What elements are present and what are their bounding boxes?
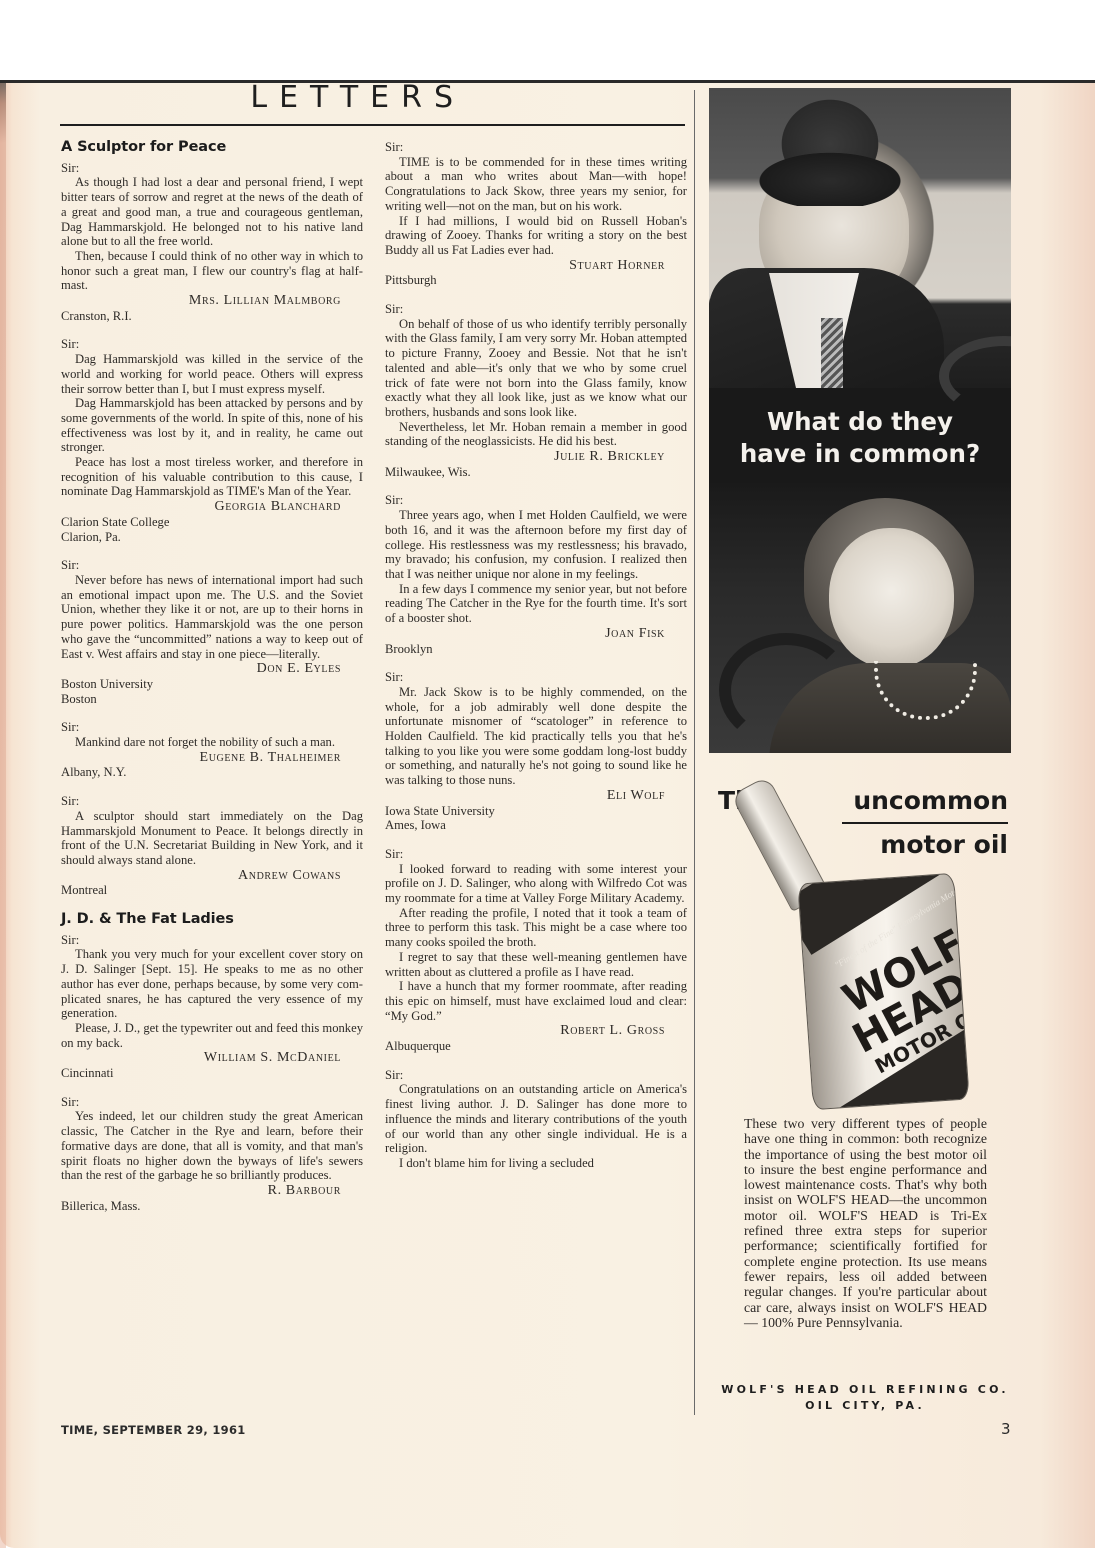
letter: Sir: Never before has news of internatio… bbox=[61, 558, 363, 706]
salutation: Sir: bbox=[61, 161, 363, 176]
salutation: Sir: bbox=[61, 558, 363, 573]
origin: Boston University bbox=[61, 677, 363, 692]
letter-paragraph: After reading the profile, I noted that … bbox=[385, 906, 687, 950]
ad-headline-line-2: have in common? bbox=[709, 438, 1011, 470]
letter-paragraph: I don't blame him for living a secluded bbox=[385, 1156, 687, 1171]
letter-paragraph: Never before has news of international i… bbox=[61, 573, 363, 661]
letter: Sir: Congratulations on an outstanding a… bbox=[385, 1068, 687, 1171]
letter-paragraph: Peace has lost a most tireless worker, a… bbox=[61, 455, 363, 499]
ad-photo-panel: What do they have in common? bbox=[709, 88, 1011, 753]
letter-paragraph: Three years ago, when I met Holden Caul­… bbox=[385, 508, 687, 582]
origin: Iowa State University bbox=[385, 804, 687, 819]
ad-tagline-rule bbox=[842, 822, 1008, 824]
letter-paragraph: Mankind dare not forget the nobility of … bbox=[61, 735, 363, 750]
ad-company: WOLF'S HEAD OIL REFINING CO. OIL CITY, P… bbox=[710, 1382, 1020, 1414]
origin: Pittsburgh bbox=[385, 273, 687, 288]
signature: Eli Wolf bbox=[385, 789, 687, 804]
section-heading: A Sculptor for Peace bbox=[61, 140, 363, 155]
letter-paragraph: Thank you very much for your excellent c… bbox=[61, 947, 363, 1021]
origin: Montreal bbox=[61, 883, 363, 898]
letter-paragraph: As though I had lost a dear and personal… bbox=[61, 175, 363, 249]
letter-paragraph: Congratulations on an outstanding ar­tic… bbox=[385, 1082, 687, 1156]
ad-headline: What do they have in common? bbox=[709, 406, 1011, 470]
letter: Sir: On behalf of those of us who identi… bbox=[385, 302, 687, 479]
steering-wheel-icon bbox=[939, 336, 1011, 416]
letter-paragraph: Dag Hammarskjold was killed in the serv­… bbox=[61, 352, 363, 396]
signature: Don E. Eyles bbox=[61, 662, 363, 677]
origin: Milwaukee, Wis. bbox=[385, 465, 687, 480]
ad-company-name: WOLF'S HEAD OIL REFINING CO. bbox=[710, 1382, 1020, 1398]
origin: Albany, N.Y. bbox=[61, 765, 363, 780]
letter: Sir: Three years ago, when I met Holden … bbox=[385, 493, 687, 656]
ad-company-location: OIL CITY, PA. bbox=[710, 1398, 1020, 1414]
photo-smiling-woman-driving bbox=[709, 483, 1011, 753]
letter-paragraph: Please, J. D., get the typewriter out an… bbox=[61, 1021, 363, 1050]
letter: Sir: I looked forward to reading with so… bbox=[385, 847, 687, 1054]
ad-headline-line-1: What do they bbox=[709, 406, 1011, 438]
origin: Boston bbox=[61, 692, 363, 707]
signature: R. Barbour bbox=[61, 1184, 363, 1199]
ad-body-copy: These two very different types of people… bbox=[744, 1116, 987, 1330]
signature: Andrew Cowans bbox=[61, 869, 363, 884]
letter: Sir: As though I had lost a dear and per… bbox=[61, 161, 363, 324]
salutation: Sir: bbox=[385, 1068, 687, 1083]
page-number: 3 bbox=[1001, 1420, 1011, 1438]
letters-column-1: A Sculptor for Peace Sir: As though I ha… bbox=[61, 138, 363, 1227]
letter: Sir: TIME is to be commended for in thes… bbox=[385, 140, 687, 288]
fedora-hat bbox=[725, 96, 935, 206]
salutation: Sir: bbox=[385, 140, 687, 155]
ad-tagline-motor-oil: motor oil bbox=[838, 830, 1008, 859]
letter-paragraph: If I had millions, I would bid on Russel… bbox=[385, 214, 687, 258]
signature: Stuart Horner bbox=[385, 259, 687, 274]
letter: Sir: Yes indeed, let our children study … bbox=[61, 1095, 363, 1214]
signature: Georgia Blanchard bbox=[61, 500, 363, 515]
letter-paragraph: Nevertheless, let Mr. Hoban remain a mem… bbox=[385, 420, 687, 449]
origin: Cincinnati bbox=[61, 1066, 363, 1081]
salutation: Sir: bbox=[61, 337, 363, 352]
section-heading: J. D. & The Fat Ladies bbox=[61, 912, 363, 927]
origin: Albuquerque bbox=[385, 1039, 687, 1054]
origin: Clarion State College bbox=[61, 515, 363, 530]
woman-face bbox=[829, 528, 954, 668]
column-divider bbox=[694, 90, 695, 1415]
letter-paragraph: Yes indeed, let our children study the g… bbox=[61, 1109, 363, 1183]
letter: Sir: A sculptor should start immediately… bbox=[61, 794, 363, 898]
salutation: Sir: bbox=[385, 302, 687, 317]
letter: Sir: Thank you very much for your excell… bbox=[61, 933, 363, 1081]
steering-wheel-icon bbox=[719, 633, 853, 747]
letter-paragraph: On behalf of those of us who identify te… bbox=[385, 317, 687, 420]
letter-paragraph: I regret to say that these well-meaning … bbox=[385, 950, 687, 979]
letter-paragraph: TIME is to be commended for in these tim… bbox=[385, 155, 687, 214]
salutation: Sir: bbox=[385, 670, 687, 685]
origin: Billerica, Mass. bbox=[61, 1199, 363, 1214]
letter-paragraph: I looked forward to reading with some in… bbox=[385, 862, 687, 906]
signature: Eugene B. Thalheimer bbox=[61, 751, 363, 766]
page-content: LETTERS A Sculptor for Peace Sir: As tho… bbox=[0, 0, 1095, 1470]
origin: Ames, Iowa bbox=[385, 818, 687, 833]
letters-column-2: Sir: TIME is to be commended for in thes… bbox=[385, 140, 687, 1185]
letter-paragraph: Then, because I could think of no other … bbox=[61, 249, 363, 293]
man-tie bbox=[821, 318, 843, 388]
salutation: Sir: bbox=[61, 720, 363, 735]
origin: Brooklyn bbox=[385, 642, 687, 657]
signature: Mrs. Lillian Malmborg bbox=[61, 294, 363, 309]
salutation: Sir: bbox=[61, 933, 363, 948]
section-title: LETTERS bbox=[60, 80, 685, 115]
salutation: Sir: bbox=[61, 1095, 363, 1110]
signature: Julie R. Brickley bbox=[385, 450, 687, 465]
ad-tagline-uncommon: uncommon bbox=[838, 786, 1008, 815]
origin: Cranston, R.I. bbox=[61, 309, 363, 324]
letter-paragraph: A sculptor should start immediately on t… bbox=[61, 809, 363, 868]
salutation: Sir: bbox=[385, 493, 687, 508]
salutation: Sir: bbox=[61, 794, 363, 809]
signature: Robert L. Gross bbox=[385, 1024, 687, 1039]
letter: Sir: Dag Hammarskjold was killed in the … bbox=[61, 337, 363, 544]
letter: Sir: Mankind dare not forget the nobilit… bbox=[61, 720, 363, 780]
oil-can-illustration: "Finest of the Fine" Pennsylvania Motor … bbox=[797, 873, 969, 1110]
footer-issue-date: TIME, SEPTEMBER 29, 1961 bbox=[61, 1423, 246, 1437]
header-rule bbox=[60, 124, 685, 126]
photo-smiling-man-driving bbox=[709, 88, 1011, 388]
letter-paragraph: I have a hunch that my former room­mate,… bbox=[385, 979, 687, 1023]
letter-paragraph: Dag Hammarskjold has been attacked by pe… bbox=[61, 396, 363, 455]
letter: Sir: Mr. Jack Skow is to be highly comme… bbox=[385, 670, 687, 833]
signature: William S. McDaniel bbox=[61, 1051, 363, 1066]
signature: Joan Fisk bbox=[385, 627, 687, 642]
letter-paragraph: Mr. Jack Skow is to be highly commend­ed… bbox=[385, 685, 687, 788]
letter-paragraph: In a few days I commence my senior year,… bbox=[385, 582, 687, 626]
origin: Clarion, Pa. bbox=[61, 530, 363, 545]
salutation: Sir: bbox=[385, 847, 687, 862]
